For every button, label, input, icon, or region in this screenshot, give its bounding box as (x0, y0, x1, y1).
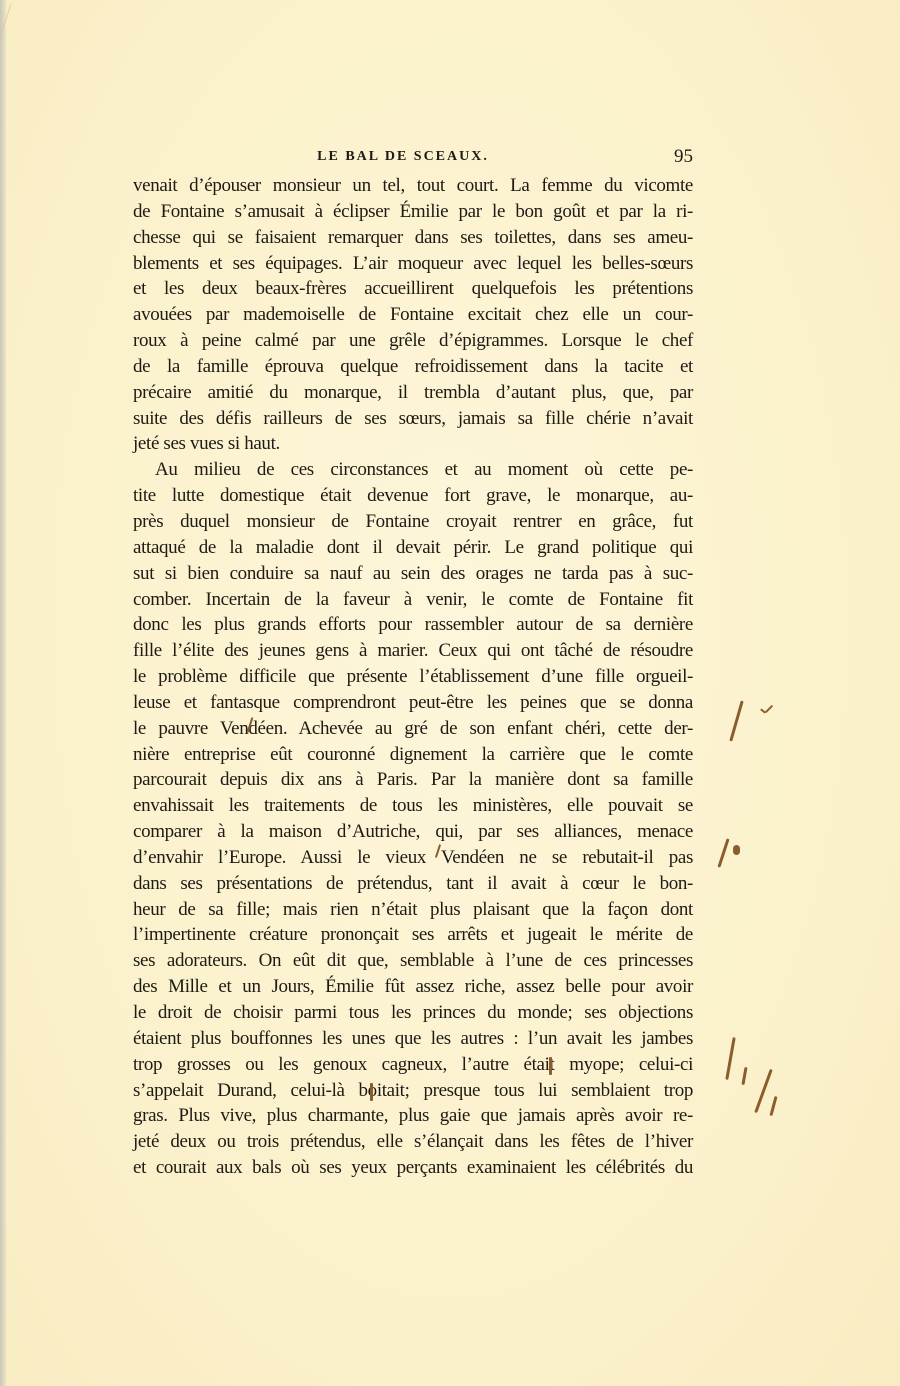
text-line: donc les plus grands efforts pour rassem… (133, 612, 693, 638)
text-line: d’envahir l’Europe. Aussi le vieux Vendé… (133, 845, 693, 871)
ink-stroke-icon (765, 705, 773, 713)
text-line: envahissait les traitements de tous les … (133, 793, 693, 819)
text-line: des Mille et un Jours, Émilie fût assez … (133, 974, 693, 1000)
book-page: LE BAL DE SCEAUX. 95 venait d’épouser mo… (0, 0, 900, 1386)
body-text: venait d’épouser monsieur un tel, tout c… (133, 173, 693, 1181)
text-line: leuse et fantasque comprendront peut-êtr… (133, 690, 693, 716)
ink-stroke-icon (754, 1069, 773, 1113)
ink-stroke-icon (769, 1096, 777, 1116)
text-line: heur de sa fille; mais rien n’était plus… (133, 897, 693, 923)
text-line: parcourait depuis dix ans à Paris. Par l… (133, 767, 693, 793)
text-line: ses adorateurs. On eût dit que, semblabl… (133, 948, 693, 974)
ink-stroke-icon (741, 1067, 747, 1085)
text-line: nière entreprise eût couronné dignement … (133, 742, 693, 768)
text-line: de la famille éprouva quelque refroidiss… (133, 354, 693, 380)
text-line: précaire amitié du monarque, il trembla … (133, 380, 693, 406)
text-line: étaient plus bouffonnes les unes que les… (133, 1026, 693, 1052)
text-line: roux à peine calmé par une grêle d’épigr… (133, 328, 693, 354)
text-line: s’appelait Durand, celui-là boitait; pre… (133, 1078, 693, 1104)
text-line: tite lutte domestique était devenue fort… (133, 483, 693, 509)
text-line: comber. Incertain de la faveur à venir, … (133, 587, 693, 613)
text-line: dans ses présentations de prétendus, tan… (133, 871, 693, 897)
ink-stroke-icon (733, 845, 740, 855)
ink-correction-mark (549, 1057, 552, 1075)
text-line: suite des défis railleurs de ses sœurs, … (133, 406, 693, 432)
running-title: LE BAL DE SCEAUX. (133, 149, 693, 165)
ink-correction-mark (370, 1083, 373, 1101)
text-line: sut si bien conduire sa nauf au sein des… (133, 561, 693, 587)
text-line: chesse qui se faisaient remarquer dans s… (133, 225, 693, 251)
running-head: LE BAL DE SCEAUX. 95 (133, 146, 693, 168)
text-line-paragraph-end: jeté ses vues si haut. (133, 431, 693, 457)
text-line: comparer à la maison d’Autriche, qui, pa… (133, 819, 693, 845)
text-line: jeté deux ou trois prétendus, elle s’éla… (133, 1129, 693, 1155)
text-line: gras. Plus vive, plus charmante, plus ga… (133, 1103, 693, 1129)
text-line: attaqué de la maladie dont il devait pér… (133, 535, 693, 561)
text-line: trop grosses ou les genoux cagneux, l’au… (133, 1052, 693, 1078)
text-line: le droit de choisir parmi tous les princ… (133, 1000, 693, 1026)
text-line: le pauvre Vendéen. Achevée au gré de son… (133, 716, 693, 742)
text-line: de Fontaine s’amusait à éclipser Émilie … (133, 199, 693, 225)
ink-stroke-icon (725, 1037, 735, 1080)
ink-stroke-icon (717, 838, 729, 867)
page-edge-shadow (0, 0, 6, 1386)
text-line: près duquel monsieur de Fontaine croyait… (133, 509, 693, 535)
text-line: et courait aux bals où ses yeux perçants… (133, 1155, 693, 1181)
text-line: et les deux beaux-frères accueillirent q… (133, 276, 693, 302)
text-line-paragraph-start: Au milieu de ces circonstances et au mom… (133, 457, 693, 483)
text-line: avouées par mademoiselle de Fontaine exc… (133, 302, 693, 328)
text-line: venait d’épouser monsieur un tel, tout c… (133, 173, 693, 199)
text-line: l’impertinente créature prononçait ses a… (133, 922, 693, 948)
text-line: blements et ses équipages. L’air moqueur… (133, 251, 693, 277)
text-line: le problème difficile que présente l’éta… (133, 664, 693, 690)
page-number: 95 (674, 146, 693, 168)
text-line: fille l’élite des jeunes gens à marier. … (133, 638, 693, 664)
ink-stroke-icon (729, 700, 743, 741)
